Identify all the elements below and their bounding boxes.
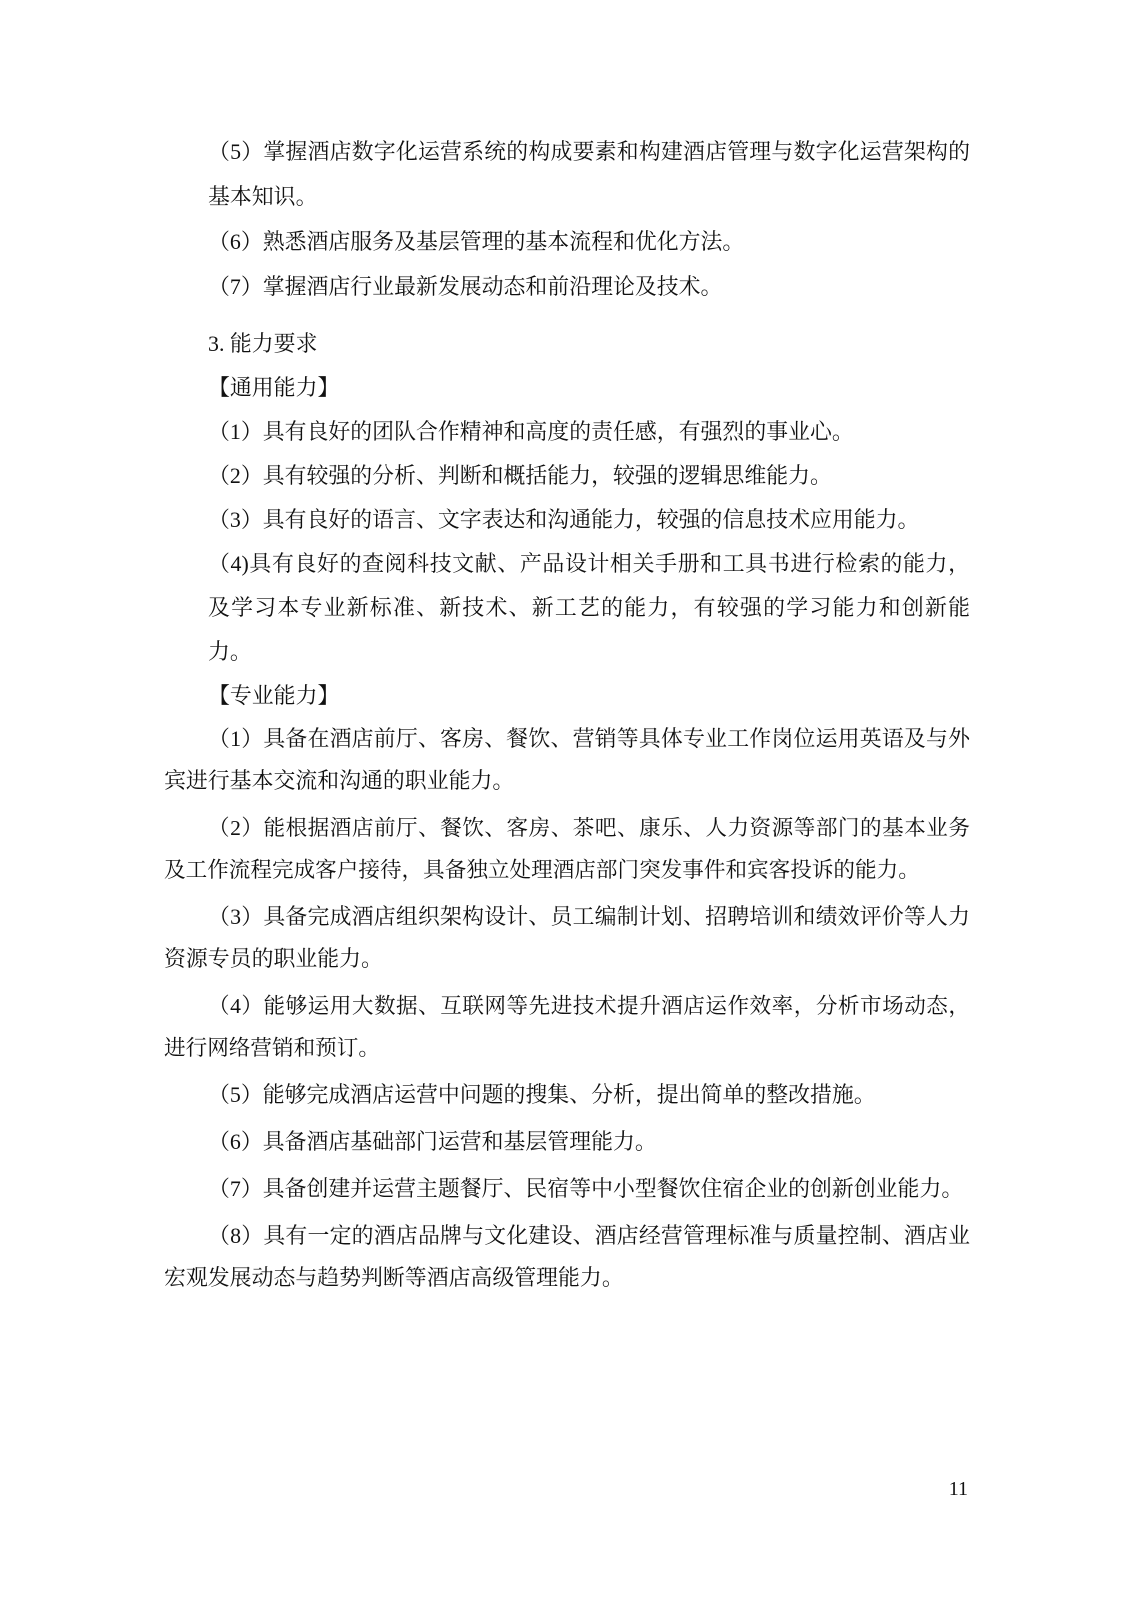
document-body: （5）掌握酒店数字化运营系统的构成要素和构建酒店管理与数字化运营架构的基本知识。… <box>164 129 970 1304</box>
page-number: 11 <box>949 1477 968 1501</box>
professional-ability-label: 【专业能力】 <box>164 674 970 718</box>
section-heading-ability-requirements: 3. 能力要求 <box>208 321 970 366</box>
knowledge-item-7: （7）掌握酒店行业最新发展动态和前沿理论及技术。 <box>208 264 970 309</box>
general-ability-item-2: （2）具有较强的分析、判断和概括能力，较强的逻辑思维能力。 <box>208 454 970 498</box>
general-ability-item-3: （3）具有良好的语言、文字表达和沟通能力，较强的信息技术应用能力。 <box>208 498 970 542</box>
professional-ability-item-7: （7）具备创建并运营主题餐厅、民宿等中小型餐饮住宿企业的创新创业能力。 <box>164 1168 970 1210</box>
professional-ability-item-5: （5）能够完成酒店运营中问题的搜集、分析，提出简单的整改措施。 <box>164 1074 970 1116</box>
knowledge-requirements-section: （5）掌握酒店数字化运营系统的构成要素和构建酒店管理与数字化运营架构的基本知识。… <box>164 129 970 674</box>
general-ability-item-4: （4)具有良好的查阅科技文献、产品设计相关手册和工具书进行检索的能力，及学习本专… <box>208 542 970 674</box>
general-ability-item-1: （1）具有良好的团队合作精神和高度的责任感，有强烈的事业心。 <box>208 410 970 454</box>
professional-ability-section: 【专业能力】 （1）具备在酒店前厅、客房、餐饮、营销等具体专业工作岗位运用英语及… <box>164 674 970 1299</box>
professional-ability-item-3: （3）具备完成酒店组织架构设计、员工编制计划、招聘培训和绩效评价等人力资源专员的… <box>164 896 970 980</box>
professional-ability-item-8: （8）具有一定的酒店品牌与文化建设、酒店经营管理标准与质量控制、酒店业宏观发展动… <box>164 1215 970 1299</box>
professional-ability-item-1: （1）具备在酒店前厅、客房、餐饮、营销等具体专业工作岗位运用英语及与外宾进行基本… <box>164 718 970 802</box>
general-ability-label: 【通用能力】 <box>208 366 970 410</box>
professional-ability-item-2: （2）能根据酒店前厅、餐饮、客房、茶吧、康乐、人力资源等部门的基本业务及工作流程… <box>164 807 970 891</box>
professional-ability-item-6: （6）具备酒店基础部门运营和基层管理能力。 <box>164 1121 970 1163</box>
professional-ability-item-4: （4）能够运用大数据、互联网等先进技术提升酒店运作效率，分析市场动态，进行网络营… <box>164 985 970 1069</box>
document-page: （5）掌握酒店数字化运营系统的构成要素和构建酒店管理与数字化运营架构的基本知识。… <box>0 0 1131 1600</box>
knowledge-item-6: （6）熟悉酒店服务及基层管理的基本流程和优化方法。 <box>208 219 970 264</box>
knowledge-item-5: （5）掌握酒店数字化运营系统的构成要素和构建酒店管理与数字化运营架构的基本知识。 <box>208 129 970 219</box>
